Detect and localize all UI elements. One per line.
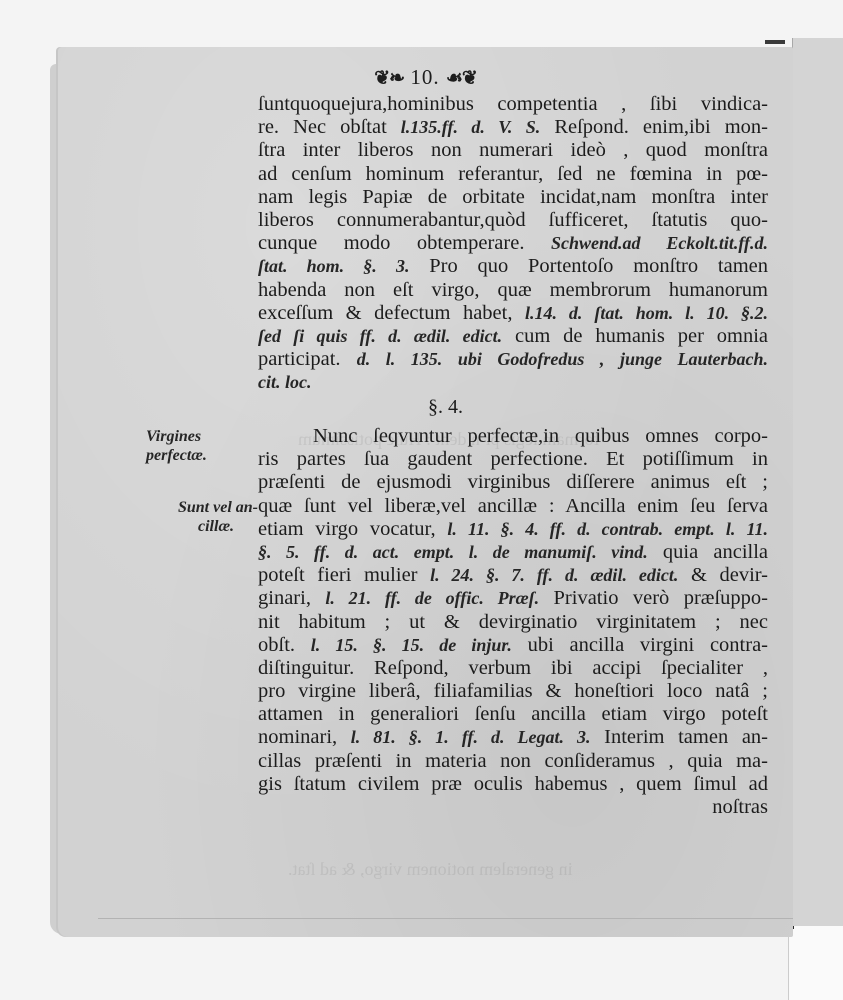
text-line: ſuntquoquejura,hominibus competentia , ſ… (258, 93, 768, 116)
ornament-left-icon: ❦❧ (374, 68, 404, 89)
marginal-note-virgines-perfectae: Virgines perfectæ. (146, 427, 207, 465)
text-line: præſenti de ejusmodi virginibus diſſerer… (258, 471, 768, 494)
text-line: diſtinguitur. Reſpond, verbum ibi accipi… (258, 657, 768, 680)
paragraph-2: Nunc ſeqvuntur perfectæ,in quibus omnes … (258, 425, 768, 819)
text-line: participat. d. l. 135. ubi Godofredus , … (258, 348, 768, 371)
next-page-lower-edge (788, 926, 843, 1000)
text-line: cillas præſenti in materia non conſidera… (258, 750, 768, 773)
text-line: ſed ſi quis ff. d. ædil. edict. cum de h… (258, 325, 768, 348)
text-line: attamen in generaliori ſenſu ancilla eti… (258, 703, 768, 726)
text-line: cunque modo obtemperare. Schwend.ad Ecko… (258, 232, 768, 255)
text-line: habenda non eſt virgo, quæ membrorum hum… (258, 279, 768, 302)
legal-citation: l.135.ff. d. V. S. (401, 117, 541, 137)
text-line: ad cenſum hominum referantur, ſed ne fœm… (258, 163, 768, 186)
text-line: pro virgine liberâ, filiafamilias & hone… (258, 680, 768, 703)
text-line: cit. loc. (258, 371, 768, 394)
text-line: liberos connumerabantur,quòd ſufficeret,… (258, 209, 768, 232)
text-line: §. 5. ff. d. act. empt. l. de manumiſ. v… (258, 541, 768, 564)
catchword: noſtras (258, 796, 768, 819)
marginal-note-line: cillæ. (158, 517, 258, 536)
text-line: ginari, l. 21. ff. de offic. Præſ. Priva… (258, 587, 768, 610)
text-line: poteſt fieri mulier l. 24. §. 7. ff. d. … (258, 564, 768, 587)
next-page-edge (792, 38, 843, 926)
text-line: ris partes ſua gaudent perfectione. Et p… (258, 448, 768, 471)
text-line: quæ ſunt vel liberæ,vel ancillæ : Ancill… (258, 495, 768, 518)
legal-citation: cit. loc. (258, 372, 311, 392)
paragraph-1: ſuntquoquejura,hominibus competentia , ſ… (258, 93, 768, 394)
marginal-note-line: perfectæ. (146, 446, 207, 465)
text-line: re. Nec obſtat l.135.ff. d. V. S. Reſpon… (258, 116, 768, 139)
book-page: formam legis pr n dent : Huic potissimum… (58, 47, 793, 937)
legal-citation: l. 11. §. 4. ff. d. contrab. empt. l. 11… (447, 519, 768, 539)
ornament-right-icon: ☙❦ (446, 68, 477, 89)
marginal-note-sunt-vel-ancillae: Sunt vel an- cillæ. (158, 498, 258, 536)
text-line: nominari, l. 81. §. 1. ff. d. Legat. 3. … (258, 726, 768, 749)
legal-citation: l. 21. ff. de offic. Præſ. (325, 588, 539, 608)
running-header: ❦❧ 10. ☙❦ (58, 65, 793, 90)
legal-citation: §. 5. ff. d. act. empt. l. de manumiſ. v… (258, 542, 648, 562)
legal-citation: Schwend.ad Eckolt.tit.ff.d. (551, 233, 768, 253)
binding-notch (765, 40, 785, 44)
page-fold-bottom (98, 918, 793, 919)
legal-citation: ſtat. hom. §. 3. (258, 256, 409, 276)
legal-citation: l. 24. §. 7. ff. d. ædil. edict. (430, 565, 678, 585)
marginal-note-line: Sunt vel an- (158, 498, 258, 517)
legal-citation: l. 81. §. 1. ff. d. Legat. 3. (351, 727, 591, 747)
text-line: obſt. l. 15. §. 15. de injur. ubi ancill… (258, 634, 768, 657)
bleed-through-text: in generalem notionem virgo, & ad ſtat. (288, 859, 573, 880)
text-line: nit habitum ; ut & devirginatio virginit… (258, 611, 768, 634)
legal-citation: ſed ſi quis ff. d. ædil. edict. (258, 326, 502, 346)
text-line: nam legis Papiæ de orbitate incidat,nam … (258, 186, 768, 209)
text-line: gis ſtatum civilem præ oculis habemus , … (258, 773, 768, 796)
page-number: 10. (410, 65, 439, 89)
text-line: Nunc ſeqvuntur perfectæ,in quibus omnes … (258, 425, 768, 448)
text-line: etiam virgo vocatur, l. 11. §. 4. ff. d.… (258, 518, 768, 541)
legal-citation: l.14. d. ſtat. hom. l. 10. §.2. (525, 303, 768, 323)
section-heading: §. 4. (58, 396, 793, 419)
legal-citation: l. 15. §. 15. de injur. (311, 635, 512, 655)
text-line: ſtat. hom. §. 3. Pro quo Portentoſo monſ… (258, 255, 768, 278)
legal-citation: d. l. 135. ubi Godofredus , junge Lauter… (357, 349, 768, 369)
text-line: ſtra inter liberos non numerari ideò , q… (258, 139, 768, 162)
text-line: exceſſum & defectum habet, l.14. d. ſtat… (258, 302, 768, 325)
marginal-note-line: Virgines (146, 427, 207, 446)
